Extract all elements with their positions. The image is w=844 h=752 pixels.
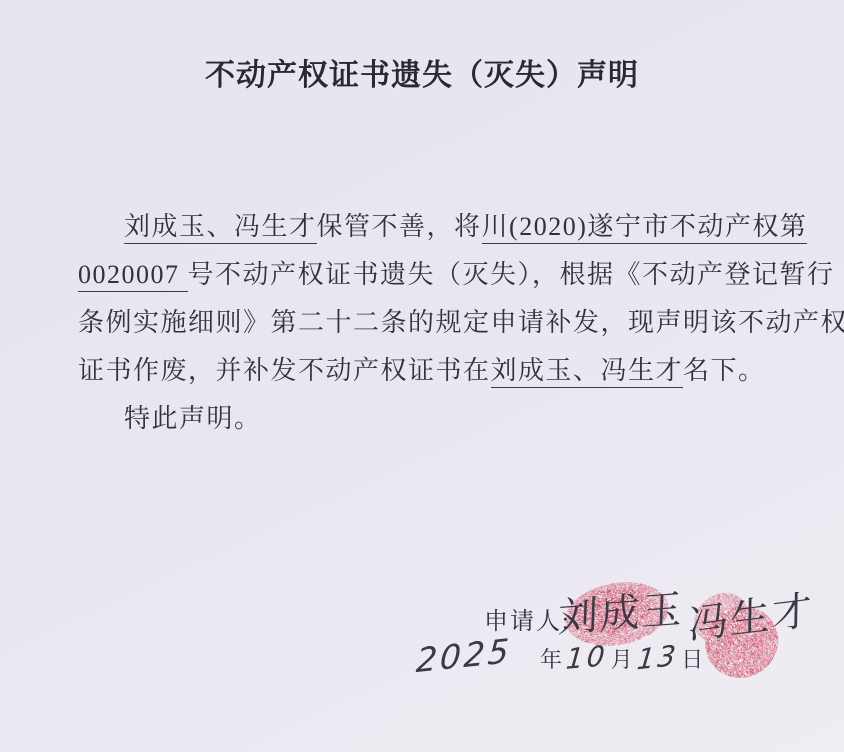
date-line: 2025 年 10 月 13 日 xyxy=(416,636,704,675)
underlined-text: 川(2020)遂宁市不动产权第 xyxy=(482,212,808,244)
body-text: 号不动产权证书遗失（灭失），根据《不动产登记暂行 xyxy=(188,260,835,289)
signature-name-1: 刘成玉 xyxy=(557,577,685,643)
underlined-text: 刘成玉、冯生才 xyxy=(491,356,684,388)
document-page: 不动产权证书遗失（灭失）声明 刘成玉、冯生才保管不善，将川(2020)遂宁市不动… xyxy=(0,0,844,752)
date-year: 2025 xyxy=(415,631,513,681)
body-line: 0020007 号不动产权证书遗失（灭失），根据《不动产登记暂行 xyxy=(78,251,768,299)
body-text: 保管不善，将 xyxy=(317,212,482,241)
body-line: 条例实施细则》第二十二条的规定申请补发，现声明该不动产权 xyxy=(78,299,768,347)
body-text: 名下。 xyxy=(683,356,766,385)
body-text: 证书作废，并补发不动产权证书在 xyxy=(78,356,491,385)
body-paragraph: 刘成玉、冯生才保管不善，将川(2020)遂宁市不动产权第0020007 号不动产… xyxy=(78,203,768,443)
date-day: 13 xyxy=(635,639,680,677)
body-text: 条例实施细则》第二十二条的规定申请补发，现声明该不动产权 xyxy=(78,308,844,337)
signature-name-2: 冯生才 xyxy=(688,578,814,651)
body-line: 证书作废，并补发不动产权证书在刘成玉、冯生才名下。 xyxy=(78,347,768,395)
document-title: 不动产权证书遗失（灭失）声明 xyxy=(0,50,844,94)
underlined-text: 0020007 xyxy=(78,260,188,292)
date-day-unit: 日 xyxy=(681,643,704,674)
date-year-unit: 年 xyxy=(540,643,563,674)
date-month-unit: 月 xyxy=(611,643,634,674)
body-text: 特此声明。 xyxy=(124,404,262,433)
date-month: 10 xyxy=(565,639,609,676)
body-line: 刘成玉、冯生才保管不善，将川(2020)遂宁市不动产权第 xyxy=(78,203,768,251)
underlined-text: 刘成玉、冯生才 xyxy=(124,212,317,244)
body-line: 特此声明。 xyxy=(78,395,768,443)
